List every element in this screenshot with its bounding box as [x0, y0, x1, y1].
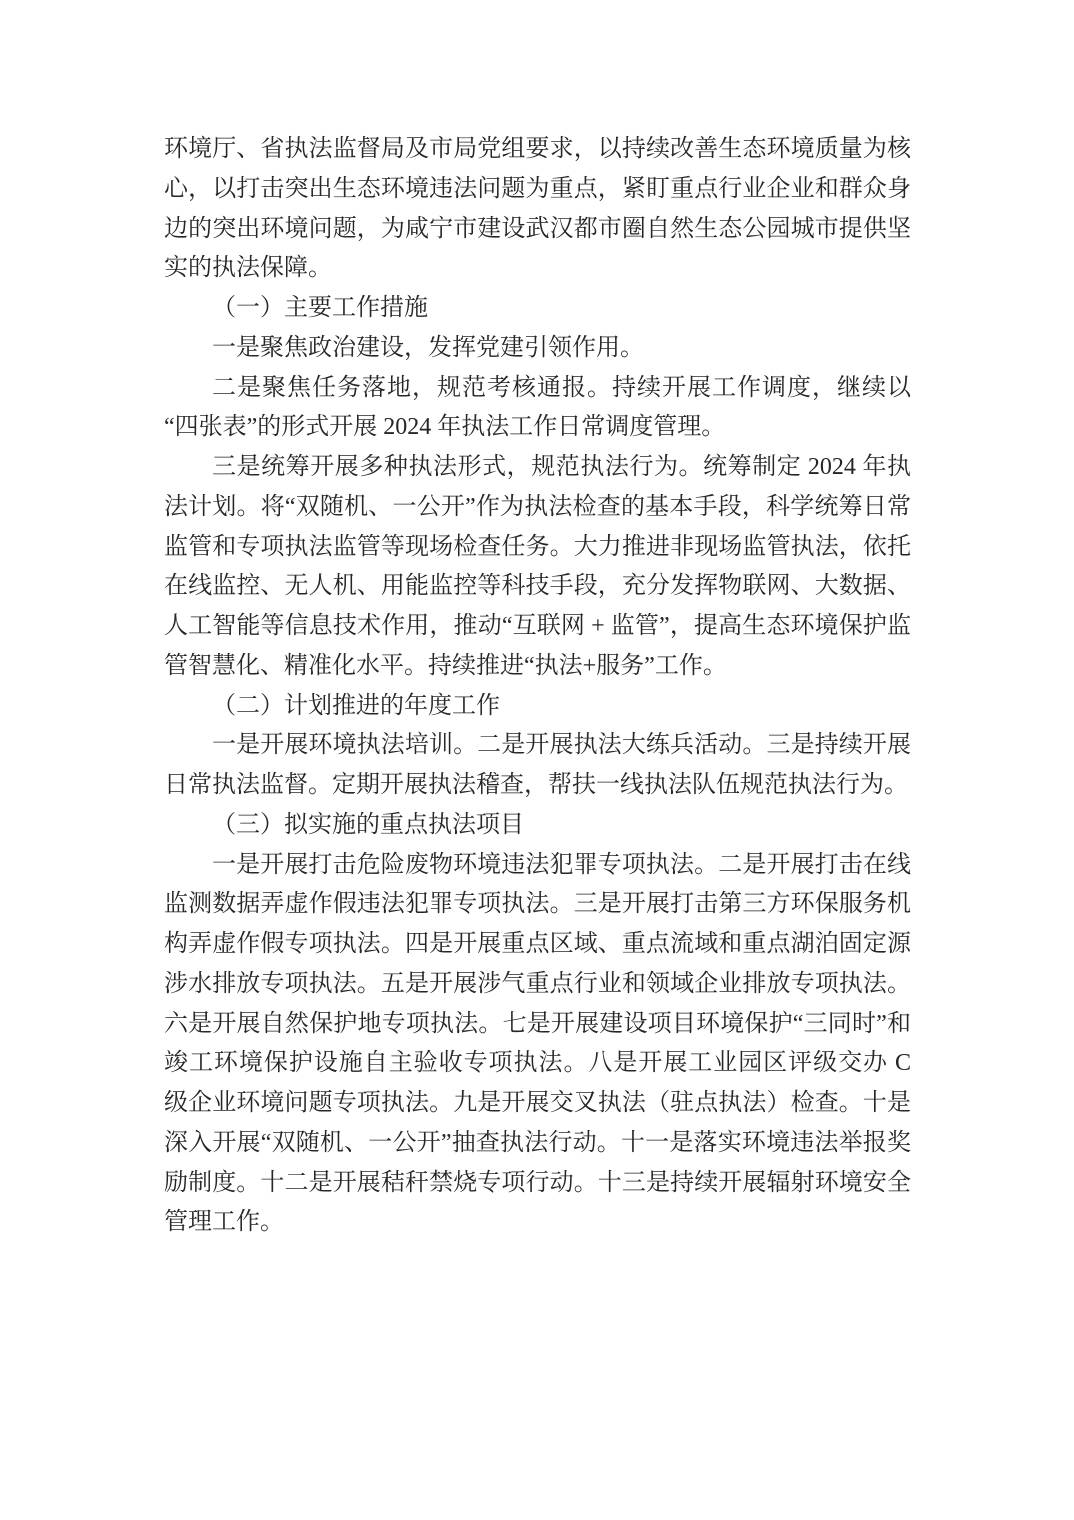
document-page: 环境厅、省执法监督局及市局党组要求，以持续改善生态环境质量为核心，以打击突出生态…: [0, 0, 1074, 1520]
paragraph: 一是开展打击危险废物环境违法犯罪专项执法。二是开展打击在线监测数据弄虚作假违法犯…: [164, 846, 911, 1244]
paragraph: 环境厅、省执法监督局及市局党组要求，以持续改善生态环境质量为核心，以打击突出生态…: [164, 130, 911, 289]
section-subheading: （三）拟实施的重点执法项目: [164, 806, 911, 846]
document-body: 环境厅、省执法监督局及市局党组要求，以持续改善生态环境质量为核心，以打击突出生态…: [164, 130, 911, 1243]
paragraph: 三是统筹开展多种执法形式，规范执法行为。统筹制定 2024 年执法计划。将“双随…: [164, 448, 911, 687]
section-subheading: （二）计划推进的年度工作: [164, 687, 911, 727]
paragraph: 一是开展环境执法培训。二是开展执法大练兵活动。三是持续开展日常执法监督。定期开展…: [164, 726, 911, 806]
section-subheading: （一）主要工作措施: [164, 289, 911, 329]
paragraph: 一是聚焦政治建设，发挥党建引领作用。: [164, 329, 911, 369]
paragraph: 二是聚焦任务落地，规范考核通报。持续开展工作调度，继续以“四张表”的形式开展 2…: [164, 369, 911, 449]
